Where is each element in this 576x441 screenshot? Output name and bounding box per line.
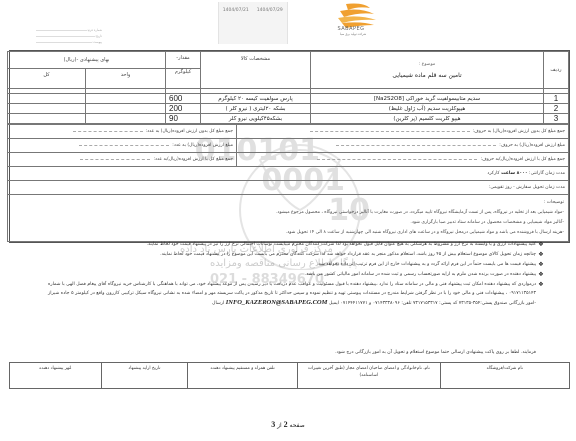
- table-row: 2 هیپوکلریت سدیم (آب ژاول غلیظ) بشکه ۲۰ل…: [7, 104, 568, 114]
- header-subject: موضوع : تامین سه قلم ماده شیمیایی: [311, 52, 544, 89]
- row-number: 2: [544, 104, 569, 114]
- item-total[interactable]: [7, 114, 85, 124]
- meta-fields: شماره فرم: تاریخ: پیوست:: [32, 27, 102, 45]
- stamp-cell[interactable]: مُهر پیشنهاد دهنده: [10, 363, 102, 389]
- signatory-cell[interactable]: نام، نام‌خانوادگی و امضای صاحبان امضای م…: [298, 363, 440, 389]
- meta-line: [36, 34, 95, 37]
- vat-words-label: مبلغ ارزش افزوده(ریال) به حروف:: [499, 143, 565, 148]
- note-item: -هزینه ارسال با فروشنده می باشد و مواد ش…: [12, 228, 564, 238]
- meta-row: شماره فرم:: [32, 27, 102, 32]
- fill-line: [73, 129, 143, 132]
- page-total: 3: [271, 420, 275, 429]
- condition-text: درمواردی که پیشنهاد دهنده امکان ثبت پیشن…: [48, 280, 536, 308]
- bullet-diamond-icon: ❖: [536, 240, 546, 249]
- meta-row: تاریخ:: [32, 33, 102, 38]
- item-total[interactable]: [7, 94, 85, 104]
- signature-table: نام شرکت/فروشگاه نام، نام‌خانوادگی و امض…: [9, 362, 570, 389]
- condition-item: ❖ چنانچه زمان تحویل کالای موضوع استعلام …: [48, 250, 546, 259]
- meta-label: شماره فرم:: [87, 28, 102, 32]
- items-table: ردیف موضوع : تامین سه قلم ماده شیمیایی م…: [9, 50, 570, 243]
- condition-item: ❖ پیشنهاد قیمت ها می بایست حتماً در این …: [48, 260, 546, 269]
- header-unit: کیلوگرم: [166, 69, 201, 89]
- notes-cell: توضیحات : -مواد شیمیایی بعد از تخلیه در …: [8, 195, 569, 242]
- meta-label: پیوست:: [92, 40, 102, 44]
- bullet-diamond-icon: ❖: [536, 270, 546, 279]
- summary-row: جمع مبلغ کل بدون ارزش افزوده(ریال) به حر…: [8, 125, 569, 139]
- subject-value: تامین سه قلم ماده شیمیایی: [314, 72, 540, 79]
- item-name: هیپوکلریت سدیم (آب ژاول غلیظ): [311, 104, 544, 114]
- sum-number-label: جمع مبلغ کل بدون ارزش افزوده(ریال) به عد…: [146, 129, 233, 134]
- header-price-group: بهای پیشنهادی -(ریال): [7, 52, 165, 69]
- delivery-cell[interactable]: مدت زمان تحویل سفارش - روز تقویمی:: [8, 181, 569, 195]
- item-unit-price[interactable]: [86, 104, 166, 114]
- offer-date-cell[interactable]: تاریخ ارایه پیشنهاد: [101, 363, 187, 389]
- vat-words-cell[interactable]: مبلغ ارزش افزوده(ریال) به حروف:: [237, 139, 569, 153]
- summary-row: مبلغ ارزش افزوده(ریال) به حروف: مبلغ ارز…: [8, 139, 569, 153]
- total-words-cell[interactable]: جمع مبلغ کل با ارزش افزوده(ریال)به حروف:: [237, 153, 569, 167]
- phone-cell[interactable]: تلفن همراه و مستقیم پیشنهاد دهنده: [188, 363, 298, 389]
- item-name: هیپو کلریت کلسیم (پر کلرین): [311, 114, 544, 124]
- fill-line: [317, 157, 477, 160]
- header-total-price: کل: [7, 69, 85, 89]
- sum-words-cell[interactable]: جمع مبلغ کل بدون ارزش افزوده(ریال) به حر…: [237, 125, 569, 139]
- item-name: سدیم متابیسولفیت گرید خوراکی [Na2S2O8]: [311, 94, 544, 104]
- company-logo-icon: [318, 2, 388, 48]
- note-item: -آنالیز مواد شیمیایی و مشخصات محصول در س…: [12, 218, 564, 228]
- warranty-value: ۸۰۰۰ ساعت: [501, 171, 528, 176]
- warranty-suffix: کارکرد: [487, 171, 499, 176]
- condition-item-contact: ❖ درمواردی که پیشنهاد دهنده امکان ثبت پی…: [48, 280, 546, 308]
- date-cell: 1404/07/21: [218, 2, 253, 44]
- condition-text: کلیه پیشنهادات ارزی و یا وابسته به نرخ ا…: [48, 240, 536, 249]
- company-subtitle: شرکت تولید برق صبا: [320, 32, 386, 36]
- conditions-list: ❖ کلیه پیشنهادات ارزی و یا وابسته به نرخ…: [48, 240, 546, 309]
- condition-text: چنانچه زمان تحویل کالای موضوع استعلام بی…: [48, 250, 536, 259]
- warranty-cell: مدت زمان گارانتی: ۸۰۰۰ ساعت کارکرد: [237, 167, 569, 181]
- fill-line: [310, 129, 470, 132]
- fill-line: [79, 143, 169, 146]
- header-quantity: مقدار-: [166, 52, 201, 69]
- final-note: فرمایند. لطفا بر روی پاکت پیشنهادی ارسال…: [48, 350, 536, 355]
- contact-email-link[interactable]: INFO_KAZERON@SABAPEG.COM: [226, 299, 328, 306]
- note-item: -مواد شیمیایی بعد از تخلیه در نیروگاه، پ…: [12, 208, 564, 218]
- tender-document-page: 010101 0001 10 مرکز فراوری اطلاعات پارس …: [0, 0, 576, 441]
- shop-name-cell[interactable]: نام شرکت/فروشگاه: [440, 363, 569, 389]
- total-number-label: جمع مبلغ کل با ارزش افزوده(ریال)به عدد:: [153, 157, 233, 162]
- date-box: 1404/07/29 1404/07/21: [218, 2, 288, 44]
- notes-title: توضیحات :: [12, 198, 564, 208]
- header-unit-price: واحد: [86, 69, 166, 89]
- row-number: 1: [544, 94, 569, 104]
- item-unit-price[interactable]: [86, 94, 166, 104]
- meta-row: پیوست:: [32, 39, 102, 44]
- sum-number-cell[interactable]: جمع مبلغ کل بدون ارزش افزوده(ریال) به عد…: [8, 125, 237, 139]
- page-current: 2: [284, 420, 288, 429]
- vat-number-label: مبلغ ارزش افزوده(ریال) به عدد:: [172, 143, 233, 148]
- vat-number-cell[interactable]: مبلغ ارزش افزوده(ریال) به عدد:: [8, 139, 237, 153]
- contact-suffix: ارسال: [212, 301, 224, 306]
- table-row: 1 سدیم متابیسولفیت گرید خوراکی [Na2S2O8]…: [7, 94, 568, 104]
- table-row: 3 هیپو کلریت کلسیم (پر کلرین) بشکه۴۵کیلو…: [7, 114, 568, 124]
- item-unit-price[interactable]: [86, 114, 166, 124]
- condition-item: ❖ کلیه پیشنهادات ارزی و یا وابسته به نرخ…: [48, 240, 546, 249]
- condition-text: پیشنهاد قیمت ها می بایست حتماً در این فر…: [48, 260, 536, 269]
- page-number: صفحه 2 از 3: [0, 420, 576, 429]
- total-words-label: جمع مبلغ کل با ارزش افزوده(ریال)به حروف:: [480, 157, 565, 162]
- meta-line: [36, 40, 92, 43]
- meta-line: [36, 28, 87, 31]
- fill-line: [80, 157, 150, 160]
- item-spec: بشکه ۲۰لیتری ( نیرو کلر ): [201, 104, 311, 114]
- summary-row: جمع مبلغ کل با ارزش افزوده(ریال)به حروف:…: [8, 153, 569, 167]
- item-spec: بشکه۴۵کیلویی نیرو کلر: [201, 114, 311, 124]
- warranty-row: مدت زمان گارانتی: ۸۰۰۰ ساعت کارکرد: [8, 167, 569, 181]
- bullet-diamond-icon: ❖: [536, 280, 546, 308]
- page-prefix: صفحه: [290, 422, 305, 429]
- item-quantity: 600: [166, 94, 201, 104]
- page-sep: از: [277, 422, 282, 429]
- bullet-diamond-icon: ❖: [536, 250, 546, 259]
- row-number: 3: [544, 114, 569, 124]
- condition-text: پیشنهاد دهنده در صورت برنده شدن ملزم به …: [48, 270, 536, 279]
- warranty-label: مدت زمان گارانتی:: [529, 171, 565, 176]
- delivery-label: مدت زمان تحویل سفارش - روز تقویمی:: [489, 185, 565, 190]
- sum-words-label: جمع مبلغ کل بدون ارزش افزوده(ریال) به حر…: [473, 129, 565, 134]
- item-total[interactable]: [7, 104, 85, 114]
- fill-line: [336, 143, 496, 146]
- bullet-diamond-icon: ❖: [536, 260, 546, 269]
- item-spec: پارس سولفیت کیسه ۲۰ کیلوگرم: [201, 94, 311, 104]
- condition-item: ❖ پیشنهاد دهنده در صورت برنده شدن ملزم ب…: [48, 270, 546, 279]
- notes-row: توضیحات : -مواد شیمیایی بعد از تخلیه در …: [8, 195, 569, 242]
- total-number-cell[interactable]: جمع مبلغ کل با ارزش افزوده(ریال)به عدد:: [8, 153, 237, 167]
- delivery-row: مدت زمان تحویل سفارش - روز تقویمی:: [8, 181, 569, 195]
- item-quantity: 200: [166, 104, 201, 114]
- header-row-no: ردیف: [544, 52, 569, 89]
- item-quantity: 90: [166, 114, 201, 124]
- header-specs: مشخصات کالا: [201, 52, 311, 89]
- date-cell: 1404/07/29: [253, 2, 288, 44]
- subject-label: موضوع :: [314, 62, 540, 67]
- meta-label: تاریخ:: [95, 34, 102, 38]
